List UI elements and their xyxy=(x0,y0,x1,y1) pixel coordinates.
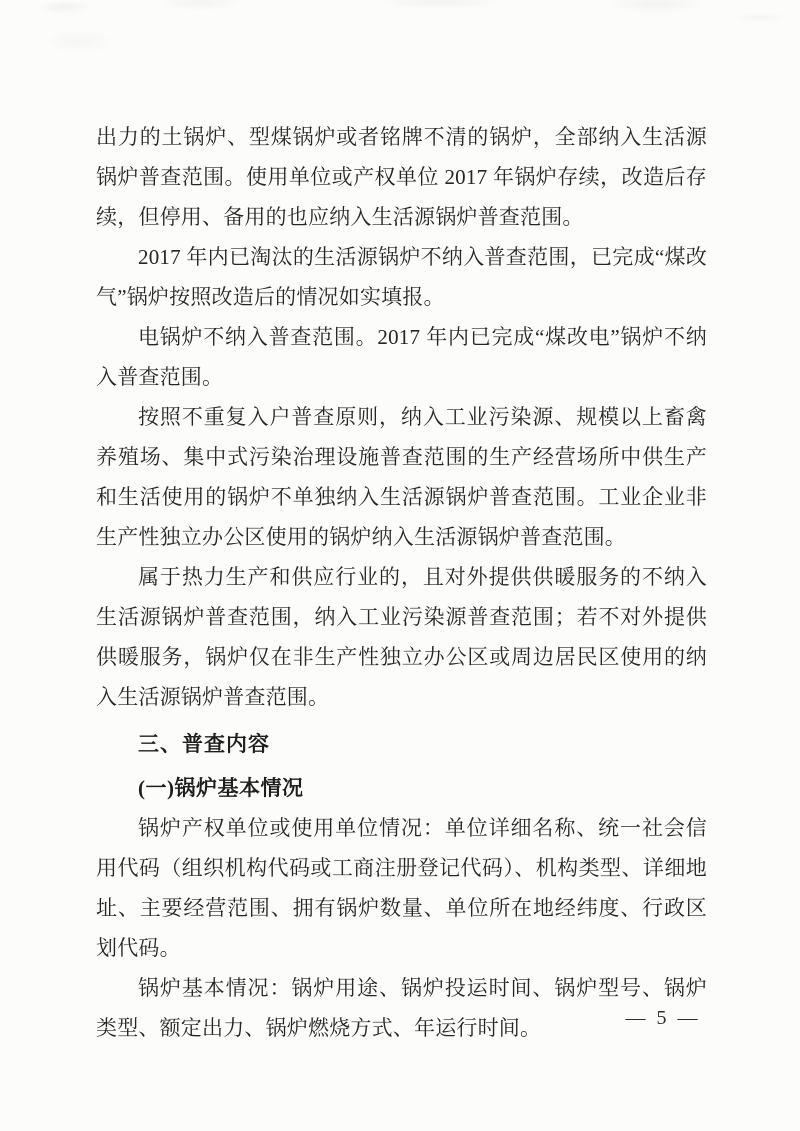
subsection-heading: (一)锅炉基本情况 xyxy=(96,768,707,808)
page-number: — 5 — xyxy=(608,1002,718,1034)
body-paragraph: 按照不重复入户普查原则，纳入工业污染源、规模以上畜禽养殖场、集中式污染治理设施普… xyxy=(96,397,707,557)
document-body: 出力的土锅炉、型煤锅炉或者铭牌不清的锅炉，全部纳入生活源锅炉普查范围。使用单位或… xyxy=(96,117,707,1048)
document-page: 出力的土锅炉、型煤锅炉或者铭牌不清的锅炉，全部纳入生活源锅炉普查范围。使用单位或… xyxy=(0,0,800,1131)
body-paragraph: 2017 年内已淘汰的生活源锅炉不纳入普查范围，已完成“煤改气”锅炉按照改造后的… xyxy=(96,237,707,317)
body-paragraph: 电锅炉不纳入普查范围。2017 年内已完成“煤改电”锅炉不纳入普查范围。 xyxy=(96,317,707,397)
body-paragraph: 属于热力生产和供应行业的，且对外提供供暖服务的不纳入生活源锅炉普查范围，纳入工业… xyxy=(96,557,707,717)
body-paragraph: 锅炉产权单位或使用单位情况：单位详细名称、统一社会信用代码（组织机构代码或工商注… xyxy=(96,808,707,968)
section-heading: 三、普查内容 xyxy=(96,725,707,765)
body-paragraph-continuation: 出力的土锅炉、型煤锅炉或者铭牌不清的锅炉，全部纳入生活源锅炉普查范围。使用单位或… xyxy=(96,117,707,237)
